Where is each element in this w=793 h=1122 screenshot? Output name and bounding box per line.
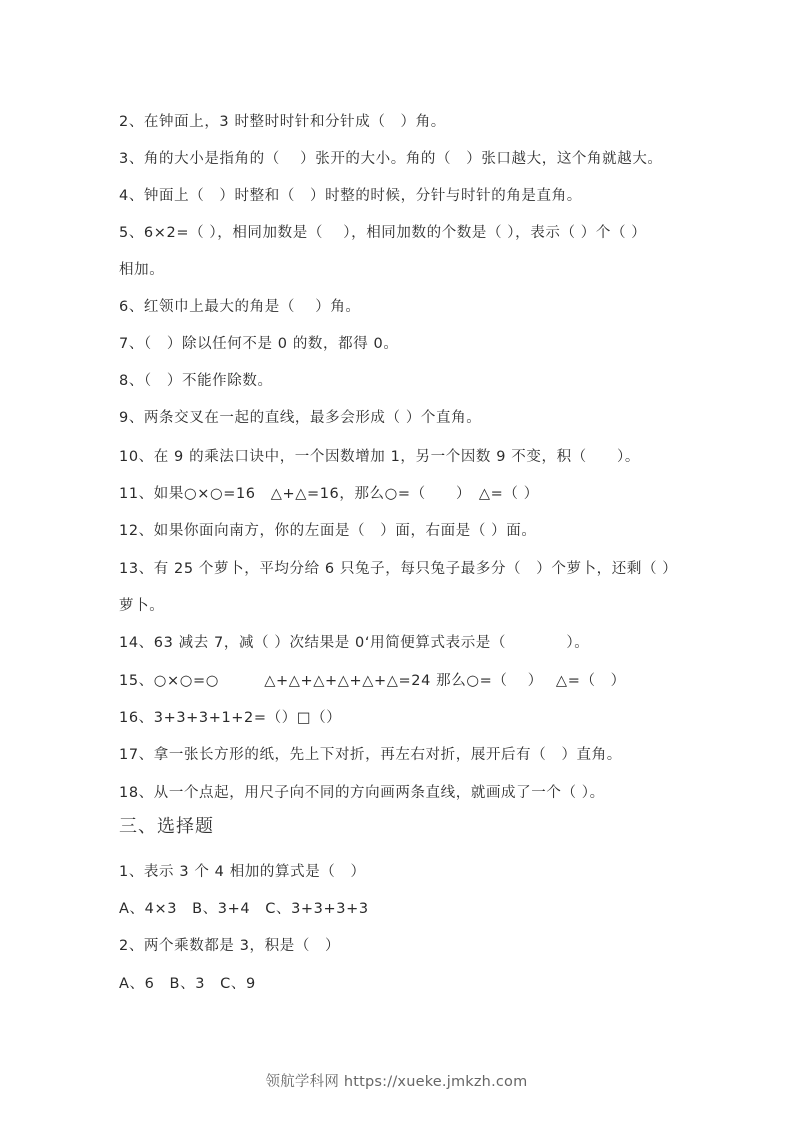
question-6: 6、红领巾上最大的角是（ ）角。: [119, 297, 361, 317]
question-10: 10、在 9 的乘法口诀中，一个因数增加 1，另一个因数 9 不变，积（ ）。: [119, 447, 640, 467]
question-13-continued: 萝卜。: [119, 596, 164, 616]
question-8: 8、（ ）不能作除数。: [119, 371, 273, 391]
footer-watermark: 领航学科网 https://xueke.jmkzh.com: [0, 1070, 793, 1091]
question-12: 12、如果你面向南方，你的左面是（ ）面，右面是（ ）面。: [119, 521, 536, 541]
question-5: 5、6×2=（ ），相同加数是（ ），相同加数的个数是（ ），表示（ ）个（ ）: [119, 223, 646, 243]
choice-question-2: 2、两个乘数都是 3，积是（ ）: [119, 936, 340, 956]
question-17: 17、拿一张长方形的纸，先上下对折，再左右对折，展开后有（ ）直角。: [119, 745, 622, 765]
question-5-continued: 相加。: [119, 260, 164, 280]
question-3: 3、角的大小是指角的（ ）张开的大小。角的（ ）张口越大，这个角就越大。: [119, 149, 663, 169]
question-11: 11、如果○×○=16 △+△=16，那么○=（ ） △=（ ）: [119, 484, 539, 504]
choice-question-1: 1、表示 3 个 4 相加的算式是（ ）: [119, 862, 366, 882]
section-heading-choice: 三、选择题: [119, 815, 214, 839]
question-16: 16、3+3+3+1+2=（）□（）: [119, 708, 341, 728]
question-2: 2、在钟面上，3 时整时时针和分针成（ ）角。: [119, 112, 446, 132]
question-4: 4、钟面上（ ）时整和（ ）时整的时候，分针与时针的角是直角。: [119, 186, 582, 206]
question-15: 15、○×○=○ △+△+△+△+△+△=24 那么○=（ ） △=（ ）: [119, 671, 626, 691]
question-7: 7、（ ）除以任何不是 0 的数，都得 0。: [119, 334, 398, 354]
question-9: 9、两条交叉在一起的直线，最多会形成（ ）个直角。: [119, 408, 481, 428]
question-13: 13、有 25 个萝卜，平均分给 6 只兔子，每只兔子最多分（ ）个萝卜，还剩（…: [119, 559, 677, 579]
choice-question-1-options: A、4×3 B、3+4 C、3+3+3+3: [119, 899, 369, 919]
choice-question-2-options: A、6 B、3 C、9: [119, 974, 256, 994]
question-14: 14、63 减去 7，减（ ）次结果是 0‘用简便算式表示是（ ）。: [119, 633, 589, 653]
question-18: 18、从一个点起，用尺子向不同的方向画两条直线，就画成了一个（ ）。: [119, 783, 605, 803]
